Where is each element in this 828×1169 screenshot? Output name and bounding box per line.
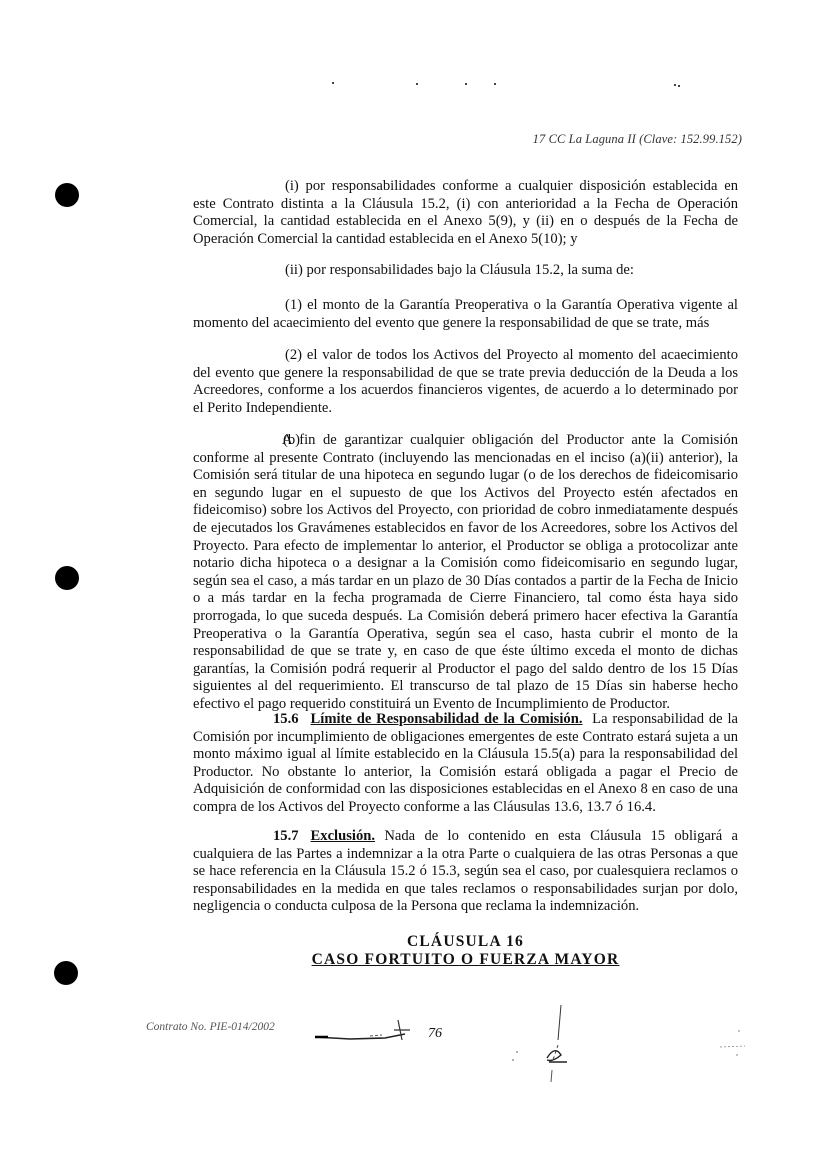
- scan-mark-right: [715, 1025, 755, 1065]
- section-15-6: 15.6Límite de Responsabilidad de la Comi…: [193, 711, 738, 817]
- paragraph-b-label: (b): [238, 432, 282, 450]
- scan-artifact-dot: [465, 83, 467, 85]
- paragraph-b: (b)A fin de garantizar cualquier obligac…: [193, 432, 738, 714]
- signature-initials-left: [310, 1012, 420, 1047]
- paragraph-2-text: (2) el valor de todos los Activos del Pr…: [193, 347, 738, 417]
- section-15-6-number: 15.6: [233, 711, 299, 729]
- scan-artifact-dot: [674, 84, 676, 86]
- signature-initials-right: [505, 1000, 575, 1090]
- clause-16-heading: CLÁUSULA 16 CASO FORTUITO O FUERZA MAYOR: [193, 933, 738, 969]
- paragraph-i: (i) por responsabilidades conforme a cua…: [193, 178, 738, 248]
- scan-artifact-dot: [494, 83, 496, 85]
- punch-hole-top: [55, 183, 79, 207]
- section-15-7: 15.7Exclusión. Nada de lo contenido en e…: [193, 828, 738, 916]
- document-page: 17 CC La Laguna II (Clave: 152.99.152) (…: [0, 0, 828, 1169]
- paragraph-i-text: (i) por responsabilidades conforme a cua…: [193, 178, 738, 248]
- clause-16-number: CLÁUSULA 16: [193, 933, 738, 951]
- paragraph-1: (1) el monto de la Garantía Preoperativa…: [193, 297, 738, 332]
- paragraph-ii-text: (ii) por responsabilidades bajo la Cláus…: [193, 262, 738, 280]
- paragraph-1-text: (1) el monto de la Garantía Preoperativa…: [193, 297, 738, 332]
- section-15-7-title: Exclusión.: [311, 828, 375, 844]
- footer-contract-number: Contrato No. PIE-014/2002: [146, 1021, 275, 1033]
- page-number: 76: [428, 1026, 442, 1042]
- punch-hole-middle: [55, 566, 79, 590]
- section-15-6-title: Límite de Responsabilidad de la Comisión…: [311, 711, 583, 727]
- scan-artifact-dot: [332, 82, 334, 84]
- clause-16-title: CASO FORTUITO O FUERZA MAYOR: [193, 951, 738, 969]
- scan-artifact-dot: [678, 85, 680, 87]
- running-header-reference: 17 CC La Laguna II (Clave: 152.99.152): [533, 132, 742, 147]
- paragraph-ii: (ii) por responsabilidades bajo la Cláus…: [193, 262, 738, 280]
- scan-artifact-dot: [416, 83, 418, 85]
- punch-hole-bottom: [54, 961, 78, 985]
- paragraph-b-text: A fin de garantizar cualquier obligación…: [193, 432, 738, 712]
- paragraph-2: (2) el valor de todos los Activos del Pr…: [193, 347, 738, 417]
- section-15-7-number: 15.7: [233, 828, 299, 846]
